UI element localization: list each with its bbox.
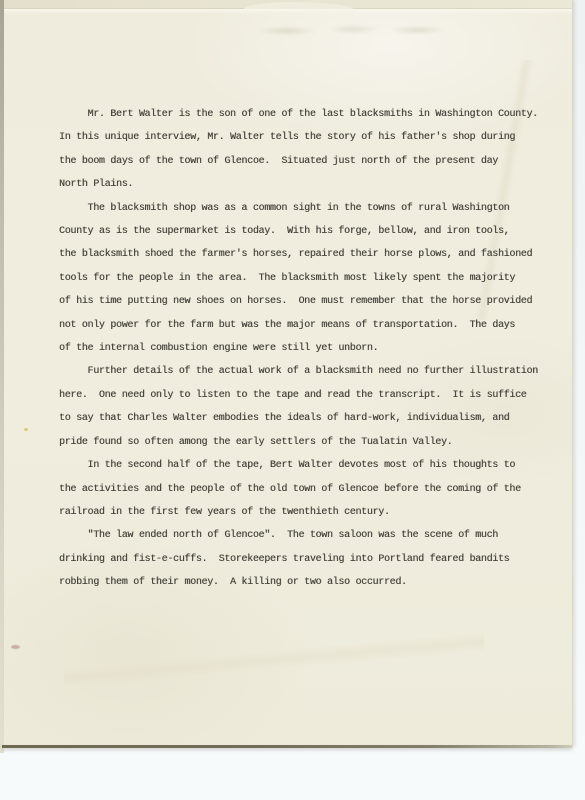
paper-bottom-edge (2, 745, 572, 748)
scanned-page: Mr. Bert Walter is the son of one of the… (0, 0, 585, 800)
typed-line: the boom days of the town of Glencoe. Si… (59, 150, 568, 173)
typed-line: Mr. Bert Walter is the son of one of the… (59, 103, 568, 126)
typed-text: Mr. Bert Walter is the son of one of the… (4, 0, 568, 595)
typed-line: here. One need only to listen to the tap… (59, 384, 568, 407)
typed-line: The blacksmith shop was as a common sigh… (59, 197, 568, 220)
paper-crease (64, 600, 484, 720)
typed-line: tools for the people in the area. The bl… (59, 267, 568, 290)
typed-line: drinking and fist-e-cuffs. Storekeepers … (59, 548, 568, 571)
paper-speck (11, 645, 20, 649)
typed-line: robbing them of their money. A killing o… (59, 571, 568, 594)
typed-line: not only power for the farm but was the … (59, 314, 568, 337)
typed-line: railroad in the first few years of the t… (59, 501, 568, 524)
typed-line: of the internal combustion engine were s… (59, 337, 568, 360)
typed-line: County as is the supermarket is today. W… (59, 220, 568, 243)
typed-line: North Plains. (59, 173, 568, 196)
typed-line: the activities and the people of the old… (59, 478, 568, 501)
typed-line: Further details of the actual work of a … (59, 360, 568, 383)
typed-line: to say that Charles Walter embodies the … (59, 407, 568, 430)
typed-line: of his time putting new shoes on horses.… (59, 290, 568, 313)
typed-line: In the second half of the tape, Bert Wal… (59, 454, 568, 477)
typed-line: the blacksmith shoed the farmer's horses… (59, 243, 568, 266)
typed-line: "The law ended north of Glencoe". The to… (59, 524, 568, 547)
typed-line: In this unique interview, Mr. Walter tel… (59, 126, 568, 149)
typed-line: pride found so often among the early set… (59, 431, 568, 454)
